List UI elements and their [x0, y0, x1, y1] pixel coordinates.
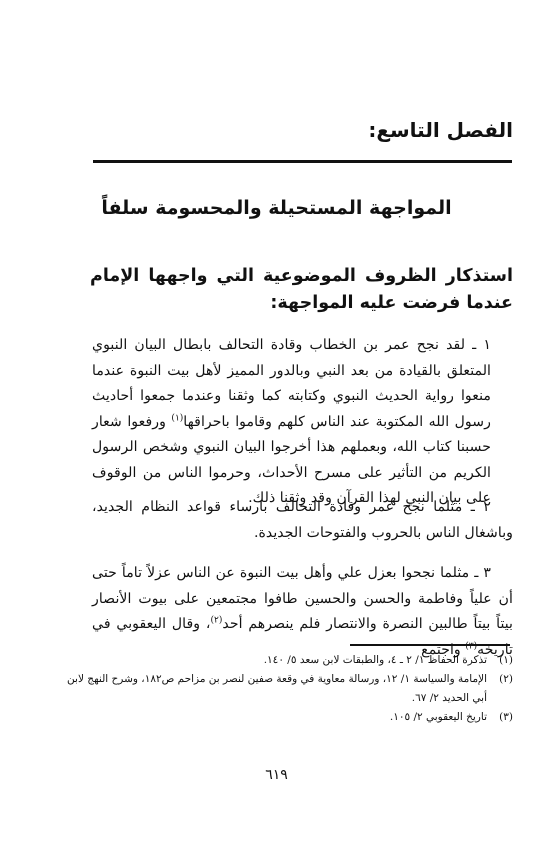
footnote-1: (١)تذكرة الحفاظ ١/ ٢ ـ ٤، والطبقات لابن …	[90, 651, 513, 670]
footnote-number: (١)	[487, 651, 513, 670]
chapter-label: الفصل التاسع:	[368, 116, 513, 144]
footnote-number: (٢)	[487, 670, 513, 689]
paragraph-2: ٢ ـ مثلما نجح عمر وقادة التحالف بارساء ق…	[92, 495, 513, 546]
footnote-ref-2[interactable]: (٢)	[211, 615, 223, 625]
chapter-divider	[93, 160, 512, 163]
footnote-divider	[350, 644, 510, 646]
footnote-continuation: أبي الحديد ٢/ ٦٧.	[90, 689, 513, 708]
paragraph-2-text: ٢ ـ مثلما نجح عمر وقادة التحالف بارساء ق…	[92, 499, 513, 541]
footnote-3: (٣)تاريخ اليعقوبي ٢/ ١٠٥.	[90, 708, 513, 727]
section-title: المواجهة المستحيلة والمحسومة سلفاً	[100, 193, 453, 223]
footnote-text: الإمامة والسياسة ١/ ١٢، ورسالة معاوية في…	[67, 673, 487, 685]
footnote-number: (٣)	[487, 708, 513, 727]
footnotes: (١)تذكرة الحفاظ ١/ ٢ ـ ٤، والطبقات لابن …	[90, 651, 513, 727]
paragraph-3: ٣ ـ مثلما نجحوا بعزل علي وأهل بيت النبوة…	[92, 561, 513, 663]
subheading: استذكار الظروف الموضوعية التي واجهها الإ…	[90, 263, 513, 317]
paragraph-1: ١ ـ لقد نجح عمر بن الخطاب وقادة التحالف …	[92, 333, 513, 512]
footnote-2: (٢)الإمامة والسياسة ١/ ١٢، ورسالة معاوية…	[90, 670, 513, 708]
footnote-text: تاريخ اليعقوبي ٢/ ١٠٥.	[390, 711, 487, 723]
footnote-text: تذكرة الحفاظ ١/ ٢ ـ ٤، والطبقات لابن سعد…	[264, 654, 487, 666]
footnote-ref-1[interactable]: (١)	[171, 413, 183, 423]
page-number: ٦١٩	[0, 765, 553, 785]
book-page: الفصل التاسع: المواجهة المستحيلة والمحسو…	[0, 0, 553, 846]
